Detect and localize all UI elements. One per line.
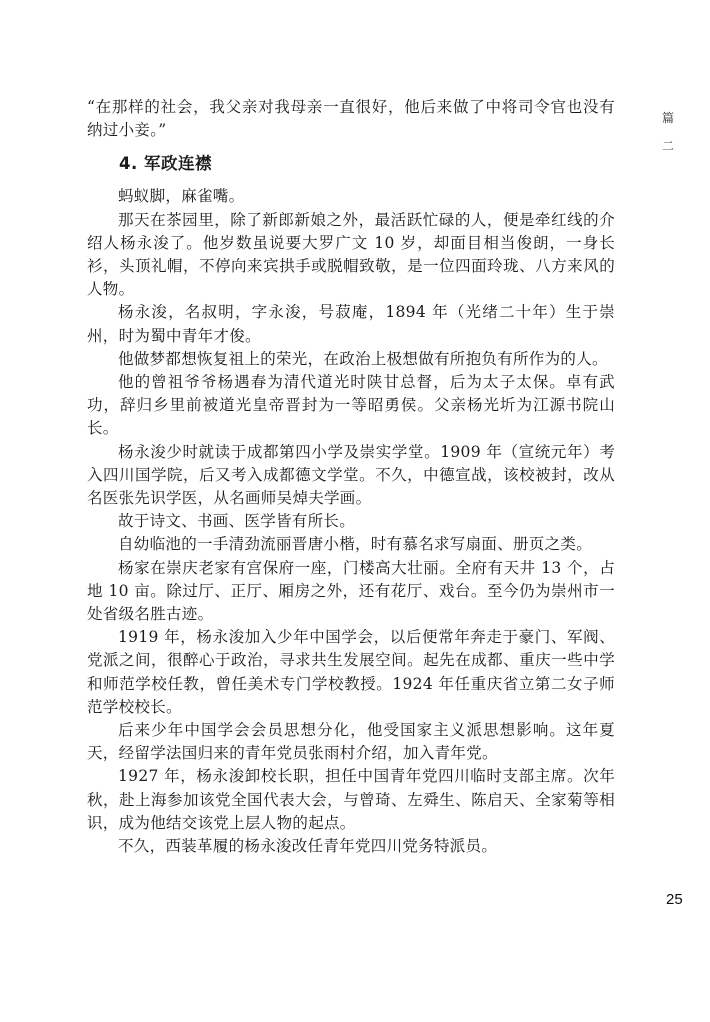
chapter-margin-marker: 篇 二 [657,104,679,160]
paragraph-quote: “在那样的社会，我父亲对我母亲一直很好，他后来做了中将司令官也没有纳过小妾。” [87,96,615,142]
paragraph: 故于诗文、书画、医学皆有所长。 [87,510,615,533]
paragraph: 不久，西装革履的杨永浚改任青年党四川党务特派员。 [87,835,615,858]
body-text: “在那样的社会，我父亲对我母亲一直很好，他后来做了中将司令官也没有纳过小妾。” … [87,96,615,858]
paragraph: 蚂蚁脚，麻雀嘴。 [87,185,615,208]
book-page: 篇 二 “在那样的社会，我父亲对我母亲一直很好，他后来做了中将司令官也没有纳过小… [0,0,710,1022]
paragraph: 自幼临池的一手清劲流丽晋唐小楷，时有慕名求写扇面、册页之类。 [87,533,615,556]
paragraph: 后来少年中国学会会员思想分化，他受国家主义派思想影响。这年夏天，经留学法国归来的… [87,719,615,765]
paragraph: 1927 年，杨永浚卸校长职，担任中国青年党四川临时支部主席。次年秋，赴上海参加… [87,765,615,835]
paragraph: 杨永浚少时就读于成都第四小学及崇实学堂。1909 年（宣统元年）考入四川国学院，… [87,441,615,511]
paragraph: 那天在茶园里，除了新郎新娘之外，最活跃忙碌的人，便是牵红线的介绍人杨永浚了。他岁… [87,209,615,302]
page-number: 25 [666,891,683,908]
paragraph: 他的曾祖爷爷杨遇春为清代道光时陕甘总督，后为太子太保。卓有武功，辞归乡里前被道光… [87,371,615,441]
paragraph: 1919 年，杨永浚加入少年中国学会，以后便常年奔走于豪门、军阀、党派之间，很醉… [87,626,615,719]
section-heading: 4. 军政连襟 [87,153,615,175]
paragraph: 他做梦都想恢复祖上的荣光，在政治上极想做有所抱负有所作为的人。 [87,348,615,371]
margin-marker-char-2: 二 [657,132,679,160]
paragraph: 杨永浚，名叔明，字永浚，号菽庵，1894 年（光绪二十年）生于崇州，时为蜀中青年… [87,301,615,347]
margin-marker-char-1: 篇 [657,104,679,132]
paragraph: 杨家在崇庆老家有宫保府一座，门楼高大壮丽。全府有天井 13 个，占地 10 亩。… [87,557,615,627]
